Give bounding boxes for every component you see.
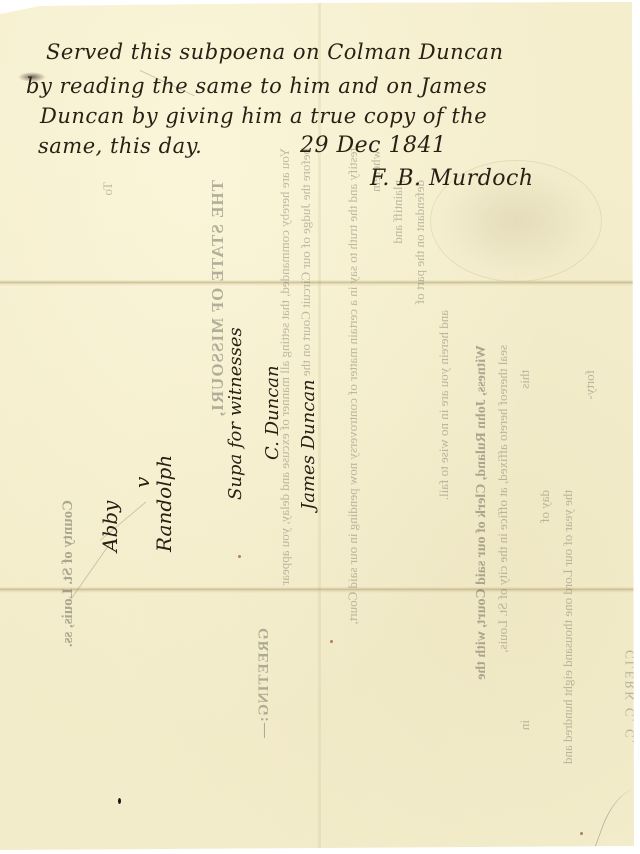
bleed-witness-line-1: Witness, John Ruland, Clerk of our said … — [474, 345, 490, 680]
bleed-clerk-label: CLERK C. C. — [622, 650, 638, 745]
bleed-to-label: To — [100, 182, 116, 196]
endorsement-plaintiff: Abby — [98, 501, 122, 552]
bleed-witness-line-6: the year of our Lord one thousand eight … — [560, 490, 576, 764]
bleed-witness-line-5: in — [517, 720, 533, 730]
endorsement-subpoena-label: Supa for witnesses — [225, 327, 246, 500]
bleed-witness-line-2: seal thereof hereto affixed, at office i… — [495, 345, 511, 653]
ink-blot — [118, 798, 121, 804]
bleed-greeting: GREETING:— — [256, 628, 273, 739]
bleed-body-line-7: and herein you are in no wise to fail. — [436, 310, 452, 500]
bleed-body-line-3: testify and the truth to say in a certai… — [345, 148, 361, 625]
return-line-4: same, this day. — [38, 134, 202, 158]
return-line-2: by reading the same to him and on James — [26, 74, 487, 98]
bleed-county-heading: County of St. Louis, ss. — [60, 500, 77, 647]
paper-speck — [330, 640, 333, 643]
paper-speck — [580, 832, 583, 835]
endorsement-versus: v — [130, 477, 154, 488]
return-line-1: Served this subpoena on Colman Duncan — [46, 40, 503, 64]
bleed-body-line-2: before the Judge of our Circuit Court on… — [298, 148, 314, 376]
bleed-witness-line-4: day of — [537, 490, 553, 523]
fold-line-bottom — [0, 587, 634, 593]
paper-tear — [593, 790, 640, 852]
endorsement-witness-1: C. Duncan — [262, 365, 283, 460]
endorsement-defendant: Randolph — [152, 455, 176, 552]
fold-line-top — [0, 280, 634, 286]
return-signature: F. B. Murdoch — [370, 166, 534, 191]
bleed-witness-line-7: forty- — [582, 370, 598, 400]
paper-speck — [238, 555, 241, 558]
endorsement-witness-2: James Duncan — [298, 379, 319, 510]
return-date: 29 Dec 1841 — [300, 133, 446, 158]
return-line-3: Duncan by giving him a true copy of the — [40, 104, 487, 128]
bleed-body-line-6: defendant on the part of — [412, 180, 428, 304]
bleed-witness-line-3: this — [517, 370, 533, 389]
